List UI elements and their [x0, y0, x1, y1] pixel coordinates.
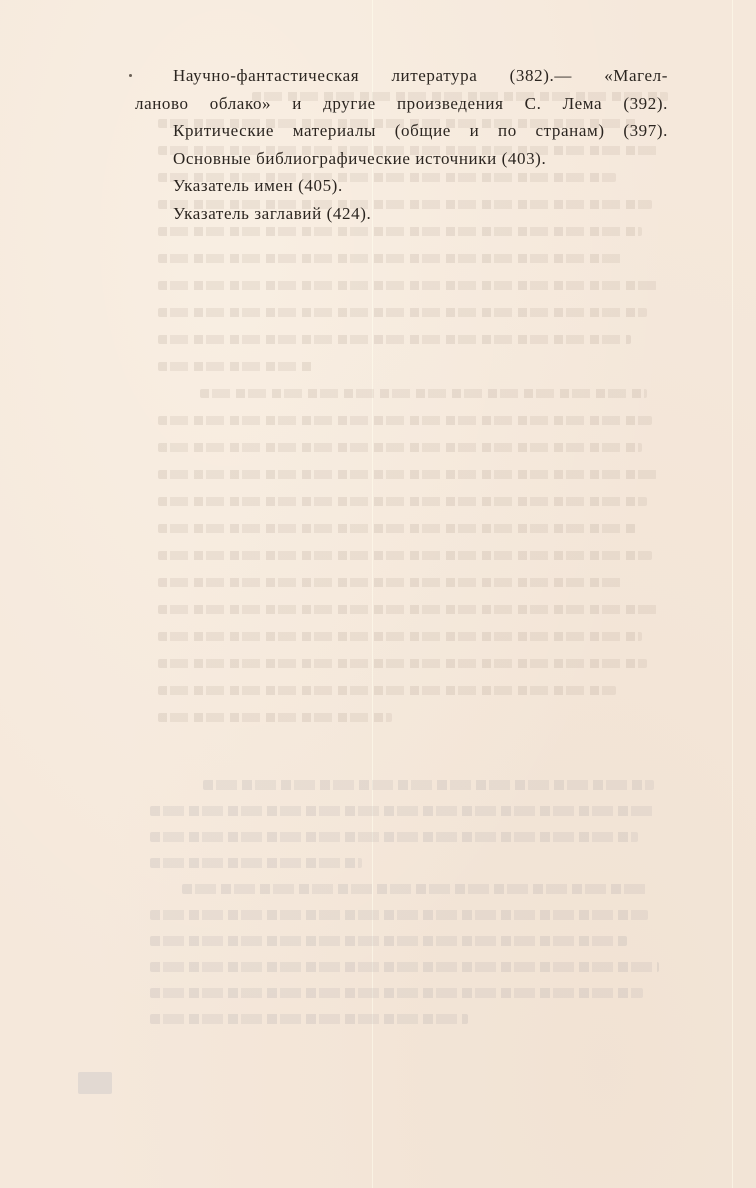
bleed-through-text-lower — [150, 780, 680, 1040]
contents-line: ланово облако» и другие произведения С. … — [135, 90, 668, 118]
print-speck — [129, 74, 132, 77]
contents-line: Критические материалы (общие и по страна… — [135, 117, 668, 145]
bibliography-contents: Научно-фантастическая литература (382).—… — [135, 62, 668, 227]
bleed-through-page-number — [78, 1072, 112, 1094]
contents-line: Указатель имен (405). — [135, 172, 668, 200]
book-page: Научно-фантастическая литература (382).—… — [0, 0, 756, 1188]
contents-line: Основные библиографические источники (40… — [135, 145, 668, 173]
paper-crease — [732, 0, 733, 1188]
contents-line: Указатель заглавий (424). — [135, 200, 668, 228]
contents-line: Научно-фантастическая литература (382).—… — [135, 62, 668, 90]
